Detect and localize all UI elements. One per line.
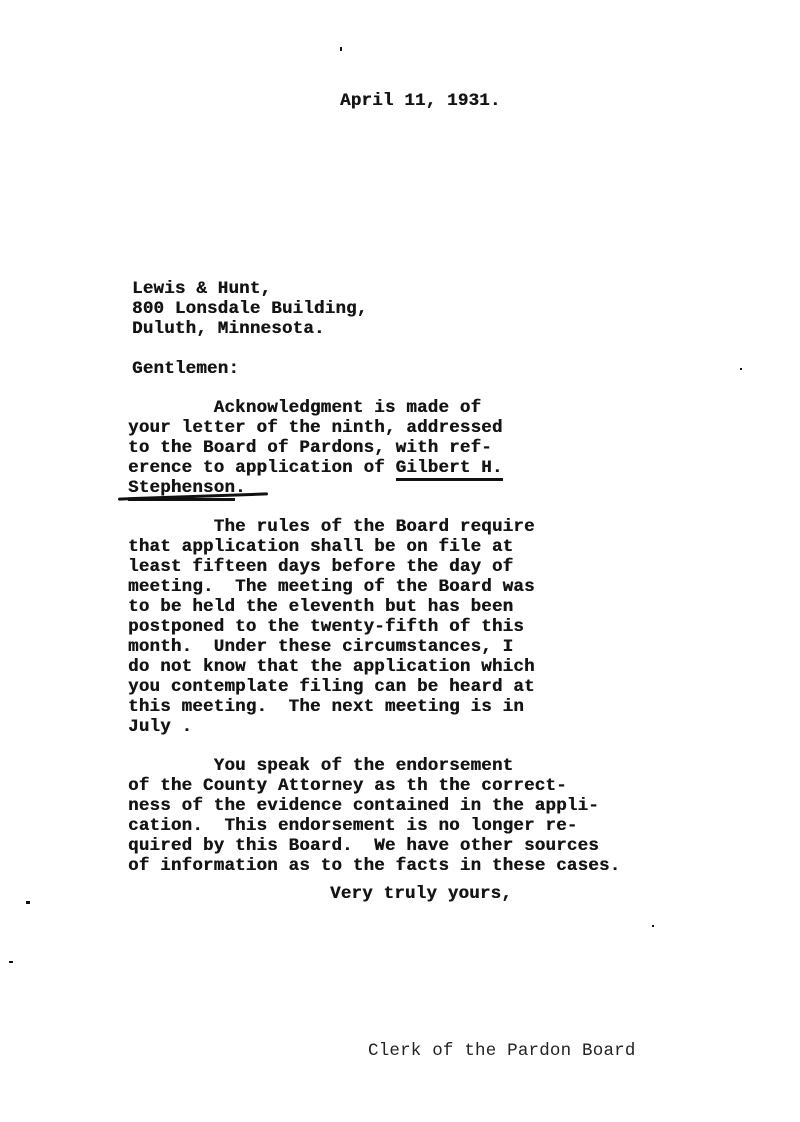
paragraph-3-line: of the County Attorney as th the correct… [128, 776, 567, 796]
paragraph-2-line: July . [128, 717, 192, 737]
paragraph-2-line: least fifteen days before the day of [128, 557, 513, 577]
paragraph-1-text: erence to application of [128, 458, 396, 478]
scan-speck [652, 925, 654, 927]
paragraph-3-line: ness of the evidence contained in the ap… [128, 796, 599, 816]
paragraph-1-line: your letter of the ninth, addressed [128, 418, 503, 438]
scan-speck [9, 961, 13, 963]
applicant-name-first: Gilbert H. [396, 458, 503, 481]
scan-speck [740, 368, 742, 370]
paragraph-2-line: this meeting. The next meeting is in [128, 697, 524, 717]
paragraph-1-line: erence to application of Gilbert H. [128, 458, 503, 478]
scan-speck [340, 47, 342, 51]
salutation: Gentlemen: [132, 359, 239, 379]
paragraph-3-line: quired by this Board. We have other sour… [128, 836, 599, 856]
recipient-name: Lewis & Hunt, [132, 279, 271, 299]
paragraph-2-line: to be held the eleventh but has been [128, 597, 513, 617]
paragraph-1-line: to the Board of Pardons, with ref- [128, 438, 492, 458]
paragraph-2-line: postponed to the twenty-fifth of this [128, 617, 524, 637]
paragraph-2-line: that application shall be on file at [128, 537, 513, 557]
signature: Clerk of the Pardon Board [368, 1041, 636, 1061]
paragraph-2-line: month. Under these circumstances, I [128, 637, 513, 657]
paragraph-3-line: You speak of the endorsement [128, 756, 513, 776]
paragraph-3-line: cation. This endorsement is no longer re… [128, 816, 577, 836]
paragraph-2-line: you contemplate filing can be heard at [128, 677, 535, 697]
letter-date: April 11, 1931. [340, 91, 501, 111]
letter-page: April 11, 1931. Lewis & Hunt, 800 Lonsda… [0, 0, 800, 1122]
paragraph-3-line: of information as to the facts in these … [128, 856, 620, 876]
recipient-street: 800 Lonsdale Building, [132, 299, 367, 319]
paragraph-2-line: meeting. The meeting of the Board was [128, 577, 535, 597]
paragraph-2-line: The rules of the Board require [128, 517, 535, 537]
scan-speck [26, 901, 30, 904]
closing: Very truly yours, [330, 884, 512, 904]
recipient-city: Duluth, Minnesota. [132, 319, 325, 339]
paragraph-1-line: Acknowledgment is made of [128, 398, 481, 418]
paragraph-2-line: do not know that the application which [128, 657, 535, 677]
